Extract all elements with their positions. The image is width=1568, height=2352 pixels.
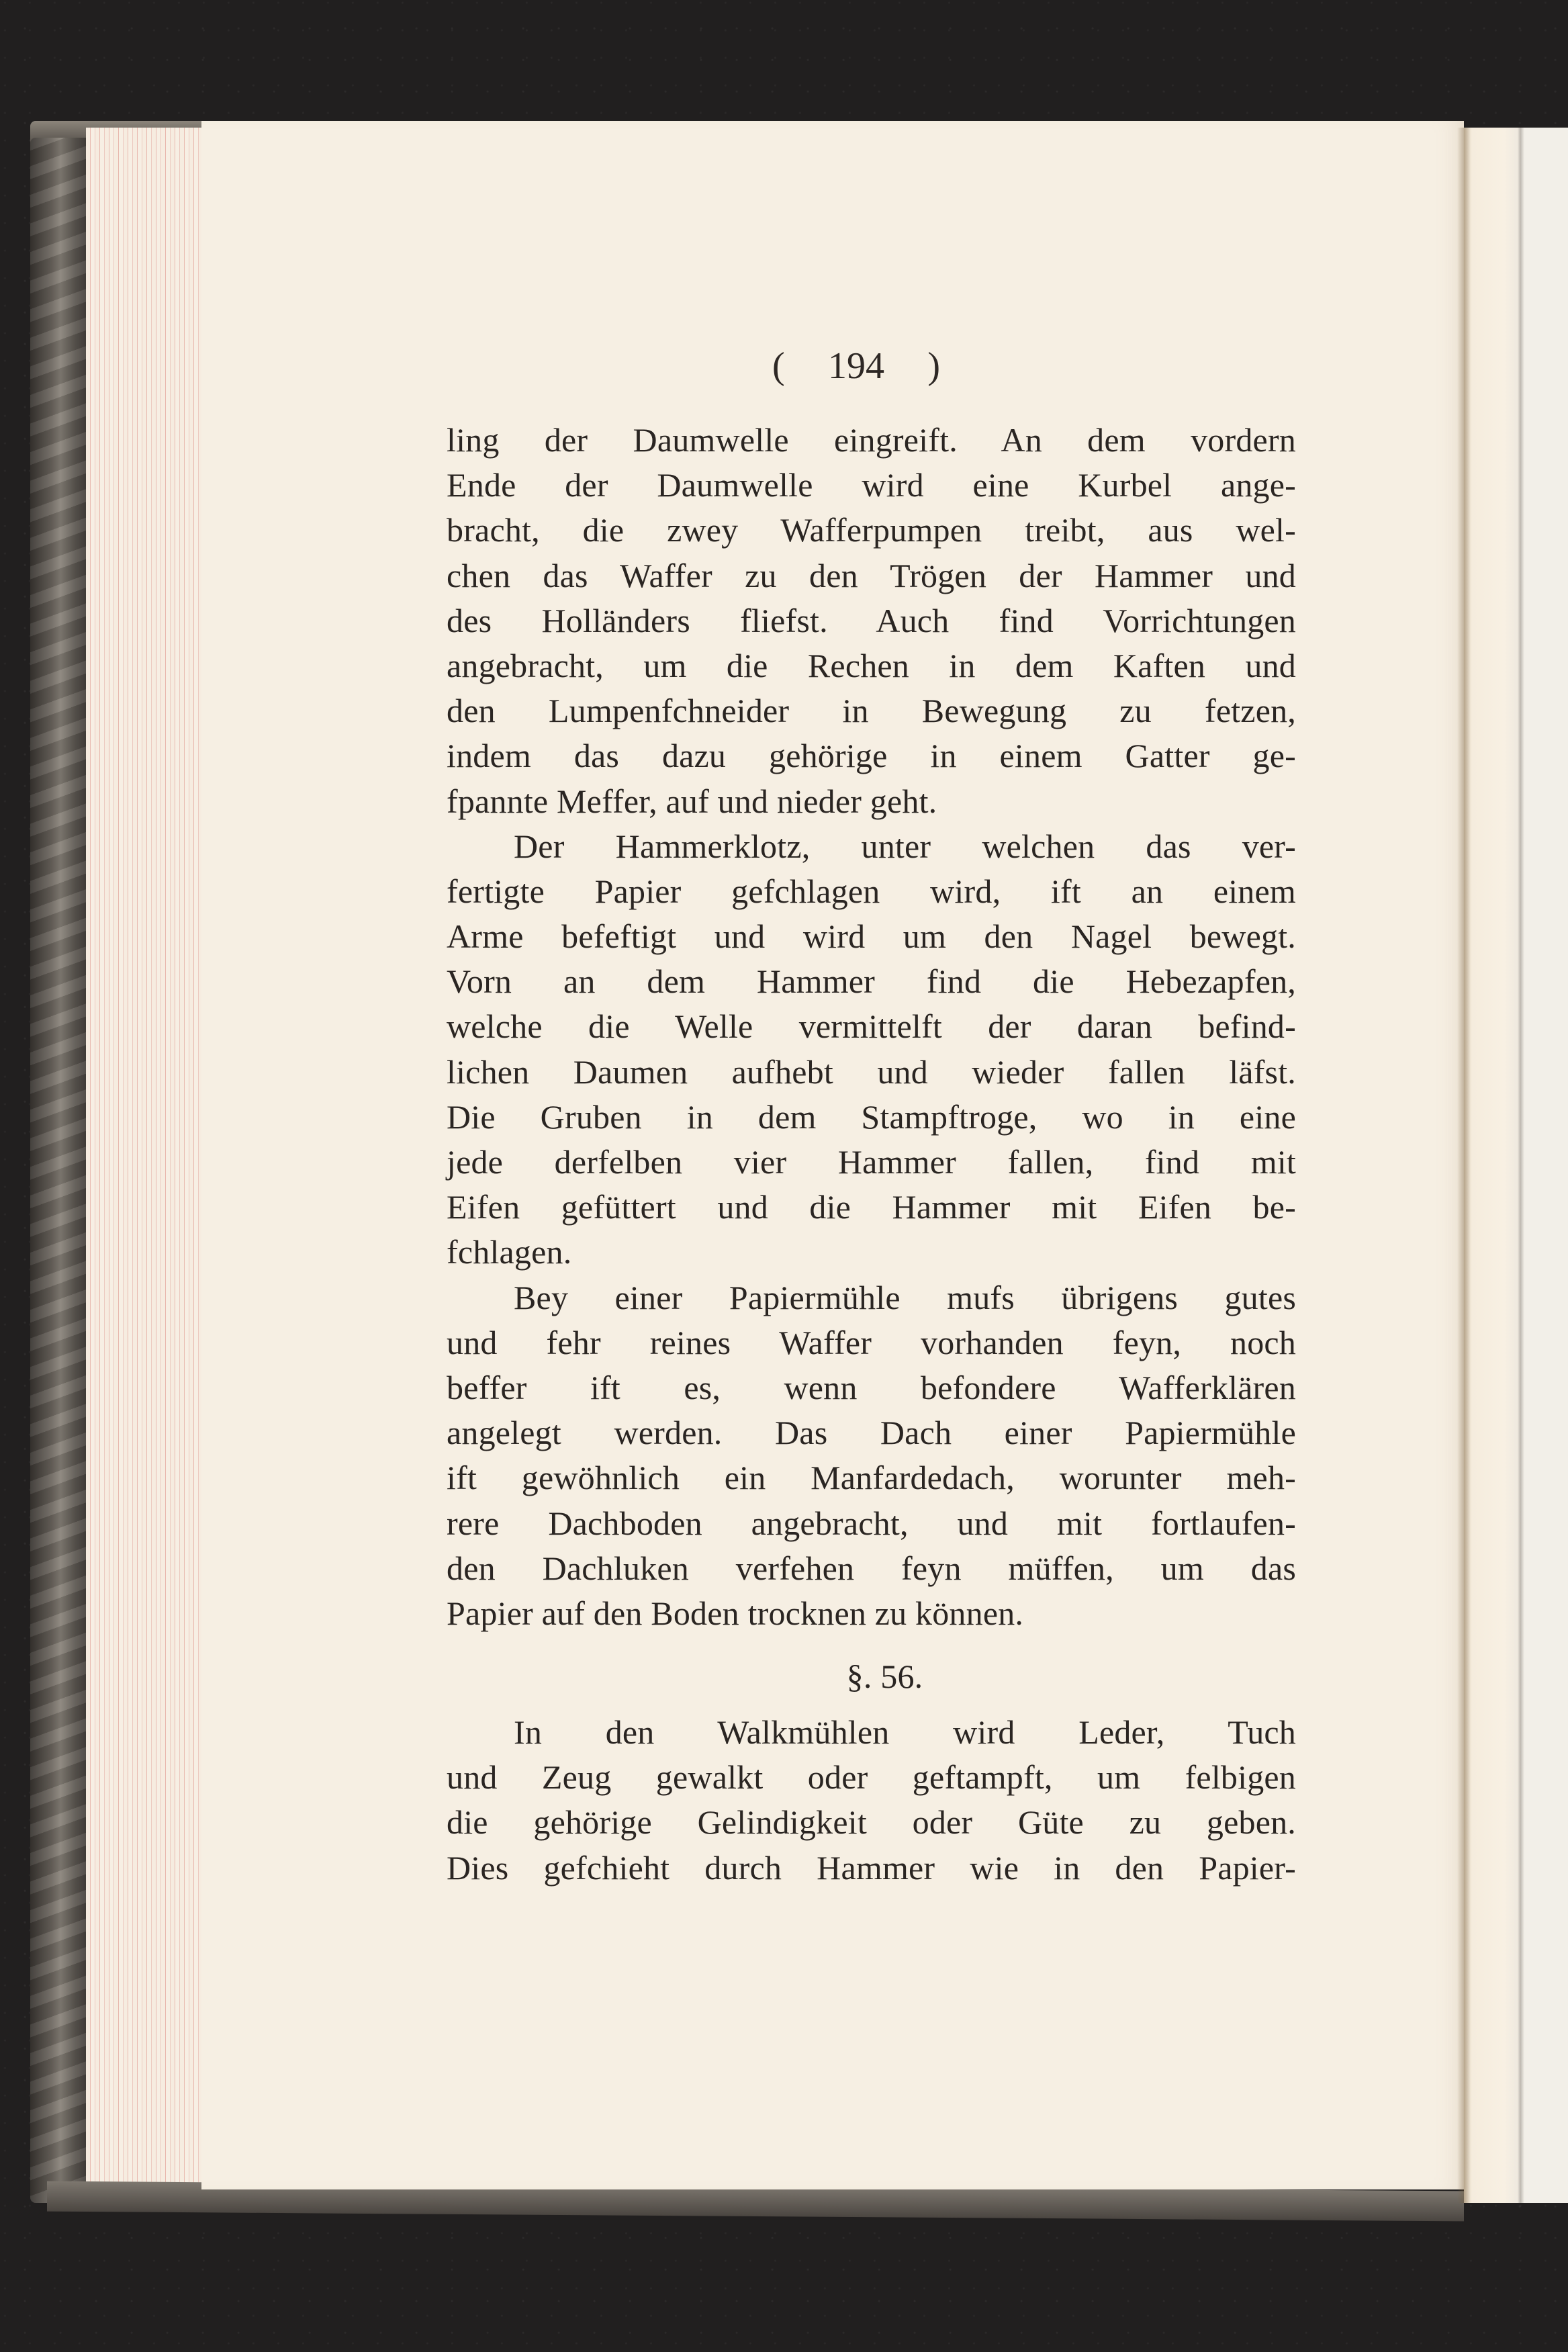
paragraph-2: Der Hammerklotz, unter welchen das ver- … [447, 824, 1296, 1275]
text-line: Papier auf den Boden trocknen zu können. [447, 1591, 1296, 1636]
page-gutter [1457, 128, 1471, 2203]
page-number: 194 [828, 345, 884, 388]
text-line: Ende der Daumwelle wird eine Kurbel ange… [447, 463, 1296, 508]
text-line: ling der Daumwelle eingreift. An dem vor… [447, 418, 1296, 463]
page-header: ( 194 ) [705, 339, 1007, 393]
paragraph-1: ling der Daumwelle eingreift. An dem vor… [447, 418, 1296, 824]
text-line: lichen Daumen aufhebt und wieder fallen … [447, 1050, 1296, 1095]
facing-page-right [1464, 128, 1568, 2203]
section-paragraph: In den Walkmühlen wird Leder, Tuch und Z… [447, 1710, 1296, 1891]
text-line: chen das Waffer zu den Trögen der Hammer… [447, 553, 1296, 598]
text-line: angelegt werden. Das Dach einer Papiermü… [447, 1410, 1296, 1455]
header-close-paren: ) [927, 345, 940, 388]
text-line: fertigte Papier gefchlagen wird, ift an … [447, 869, 1296, 914]
text-line: fchlagen. [447, 1230, 1296, 1275]
text-line: Dies gefchieht durch Hammer wie in den P… [447, 1846, 1296, 1891]
text-line: beffer ift es, wenn befondere Wafferklär… [447, 1365, 1296, 1410]
header-open-paren: ( [772, 345, 785, 388]
text-line: Die Gruben in dem Stampftroge, wo in ein… [447, 1095, 1296, 1140]
text-line: Arme befeftigt und wird um den Nagel bew… [447, 914, 1296, 959]
text-line: fpannte Meffer, auf und nieder geht. [447, 779, 1296, 824]
text-line: Eifen gefüttert und die Hammer mit Eifen… [447, 1185, 1296, 1230]
text-line: Bey einer Papiermühle mufs übrigens gute… [447, 1275, 1296, 1320]
text-line: ift gewöhnlich ein Manfardedach, worunte… [447, 1455, 1296, 1500]
text-line: welche die Welle vermittelft der daran b… [447, 1004, 1296, 1049]
text-line: rere Dachboden angebracht, und mit fortl… [447, 1501, 1296, 1546]
book-cover-spine-left [30, 138, 91, 2203]
text-line: die gehörige Gelindigkeit oder Güte zu g… [447, 1800, 1296, 1845]
text-line: bracht, die zwey Wafferpumpen treibt, au… [447, 508, 1296, 553]
body-text: ling der Daumwelle eingreift. An dem vor… [447, 418, 1296, 1891]
text-line: des Holländers fliefst. Auch find Vorric… [447, 598, 1296, 643]
paragraph-3: Bey einer Papiermühle mufs übrigens gute… [447, 1275, 1296, 1637]
text-line: In den Walkmühlen wird Leder, Tuch [447, 1710, 1296, 1755]
text-line: jede derfelben vier Hammer fallen, find … [447, 1140, 1296, 1185]
text-line: und fehr reines Waffer vorhanden feyn, n… [447, 1320, 1296, 1365]
section-heading: §. 56. [447, 1636, 1296, 1710]
text-line: den Lumpenfchneider in Bewegung zu fetze… [447, 688, 1296, 733]
text-line: den Dachluken verfehen feyn müffen, um d… [447, 1546, 1296, 1591]
text-line: angebracht, um die Rechen in dem Kaften … [447, 643, 1296, 688]
text-line: indem das dazu gehörige in einem Gatter … [447, 733, 1296, 778]
text-line: und Zeug gewalkt oder geftampft, um felb… [447, 1755, 1296, 1800]
text-line: Der Hammerklotz, unter welchen das ver- [447, 824, 1296, 869]
text-line: Vorn an dem Hammer find die Hebezapfen, [447, 959, 1296, 1004]
